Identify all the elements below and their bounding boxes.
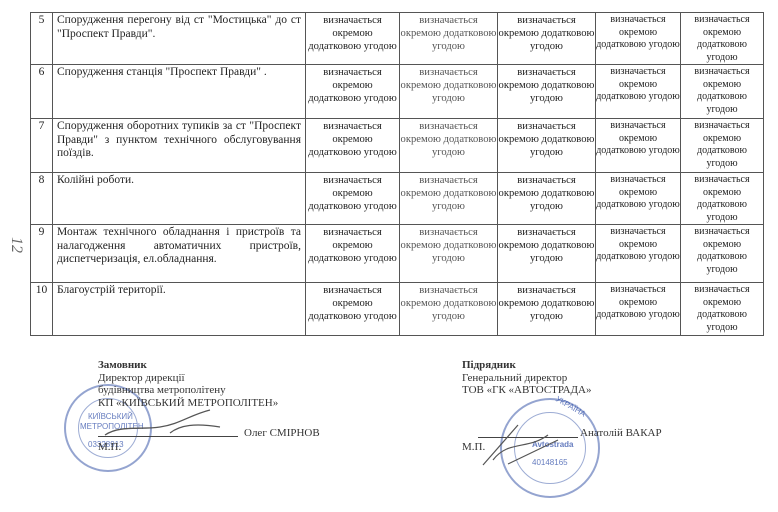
- table-row: 8Колійні роботи.визначається окремою дод…: [31, 173, 764, 225]
- table-row: 9Монтаж технічного обладнання і пристрої…: [31, 225, 764, 283]
- contractor-signature-block: Підрядник Генеральний директор ТОВ «ГК «…: [462, 359, 592, 397]
- contractor-signature-scribble: [478, 420, 578, 470]
- row-number: 9: [31, 225, 53, 283]
- row-number: 6: [31, 65, 53, 119]
- cost-cell: визначається окремою додатковою угодою: [306, 283, 400, 336]
- cost-cell: визначається окремою додатковою угодою: [596, 225, 681, 283]
- cost-cell: визначається окремою додатковою угодою: [681, 13, 764, 65]
- customer-department: будівництва метрополітену: [98, 384, 278, 397]
- cost-cell: визначається окремою додатковою угодою: [681, 119, 764, 173]
- cost-cell: визначається окремою додатковою угодою: [681, 283, 764, 336]
- contractor-position: Генеральний директор: [462, 372, 592, 385]
- works-table: 5Спорудження перегону від ст "Мостицька"…: [30, 12, 764, 336]
- cost-cell: визначається окремою додатковою угодою: [400, 65, 498, 119]
- cost-cell: визначається окремою додатковою угодою: [498, 225, 596, 283]
- cost-cell: визначається окремою додатковою угодою: [681, 173, 764, 225]
- work-description: Спорудження перегону від ст "Мостицька" …: [53, 13, 306, 65]
- cost-cell: визначається окремою додатковою угодою: [498, 173, 596, 225]
- cost-cell: визначається окремою додатковою угодою: [498, 65, 596, 119]
- cost-cell: визначається окремою додатковою угодою: [306, 65, 400, 119]
- contractor-heading: Підрядник: [462, 359, 592, 372]
- row-number: 10: [31, 283, 53, 336]
- work-description: Колійні роботи.: [53, 173, 306, 225]
- row-number: 7: [31, 119, 53, 173]
- margin-handwritten-note: 12: [7, 237, 25, 253]
- cost-cell: визначається окремою додатковою угодою: [596, 283, 681, 336]
- cost-cell: визначається окремою додатковою угодою: [596, 119, 681, 173]
- customer-signature-scribble: [100, 405, 230, 445]
- table-row: 5Спорудження перегону від ст "Мостицька"…: [31, 13, 764, 65]
- cost-cell: визначається окремою додатковою угодою: [498, 13, 596, 65]
- cost-cell: визначається окремою додатковою угодою: [596, 65, 681, 119]
- table-row: 7Спорудження оборотних тупиків за ст "Пр…: [31, 119, 764, 173]
- cost-cell: визначається окремою додатковою угодою: [400, 119, 498, 173]
- work-description: Спорудження оборотних тупиків за ст "Про…: [53, 119, 306, 173]
- customer-signature-block: Замовник Директор дирекції будівництва м…: [98, 359, 278, 409]
- cost-cell: визначається окремою додатковою угодою: [498, 283, 596, 336]
- cost-cell: визначається окремою додатковою угодою: [681, 65, 764, 119]
- work-description: Спорудження станція "Проспект Правди" .: [53, 65, 306, 119]
- cost-cell: визначається окремою додатковою угодою: [400, 283, 498, 336]
- work-description: Благоустрій території.: [53, 283, 306, 336]
- cost-cell: визначається окремою додатковою угодою: [306, 225, 400, 283]
- customer-heading: Замовник: [98, 359, 278, 372]
- cost-cell: визначається окремою додатковою угодою: [596, 13, 681, 65]
- work-description: Монтаж технічного обладнання і пристроїв…: [53, 225, 306, 283]
- cost-cell: визначається окремою додатковою угодою: [596, 173, 681, 225]
- row-number: 8: [31, 173, 53, 225]
- cost-cell: визначається окремою додатковою угодою: [306, 173, 400, 225]
- table-row: 10Благоустрій території.визначається окр…: [31, 283, 764, 336]
- cost-cell: визначається окремою додатковою угодою: [400, 13, 498, 65]
- row-number: 5: [31, 13, 53, 65]
- cost-cell: визначається окремою додатковою угодою: [498, 119, 596, 173]
- cost-cell: визначається окремою додатковою угодою: [306, 13, 400, 65]
- cost-cell: визначається окремою додатковою угодою: [306, 119, 400, 173]
- cost-cell: визначається окремою додатковою угодою: [400, 225, 498, 283]
- contractor-signatory: Анатолій ВАКАР: [580, 427, 662, 440]
- table-row: 6Спорудження станція "Проспект Правди" .…: [31, 65, 764, 119]
- customer-signatory: Олег СМІРНОВ: [244, 427, 320, 440]
- contractor-organization: ТОВ «ГК «АВТОСТРАДА»: [462, 384, 592, 397]
- cost-cell: визначається окремою додатковою угодою: [681, 225, 764, 283]
- customer-position: Директор дирекції: [98, 372, 278, 385]
- cost-cell: визначається окремою додатковою угодою: [400, 173, 498, 225]
